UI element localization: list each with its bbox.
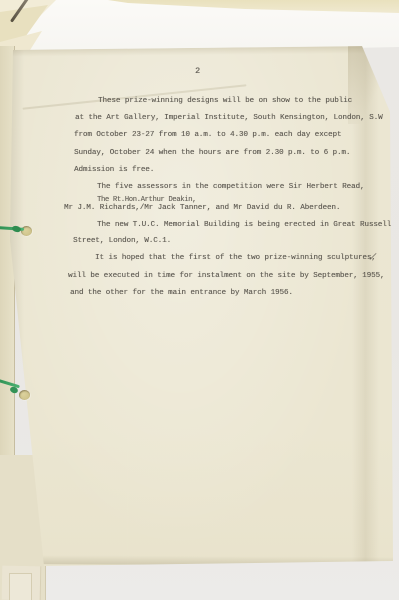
typed-line: These prize-winning designs will be on s… xyxy=(98,97,352,105)
typed-line: and the other for the main entrance by M… xyxy=(70,289,293,297)
typed-line: The new T.U.C. Memorial Building is bein… xyxy=(97,221,391,229)
typed-line: Sunday, October 24 when the hours are fr… xyxy=(74,149,350,157)
typed-line: Street, London, W.C.1. xyxy=(73,237,171,245)
scanned-document-photo: 2 These prize-winning designs will be on… xyxy=(0,0,399,600)
document-page xyxy=(0,0,399,600)
page-right-crease xyxy=(352,46,382,566)
page-bottom-shadow xyxy=(40,555,394,566)
typed-line: Admission is free. xyxy=(74,166,154,174)
typed-line: from October 23-27 from 10 a.m. to 4.30 … xyxy=(74,131,341,139)
page-number: 2 xyxy=(195,66,200,76)
punched-hole-bottom xyxy=(19,390,30,400)
typed-line: It is hoped that the first of the two pr… xyxy=(95,254,376,262)
typed-insertion-line: The Rt.Hon.Arthur Deakin, xyxy=(97,196,196,204)
typed-line: at the Art Gallery, Imperial Institute, … xyxy=(75,114,383,122)
bottom-left-page-corner-edge xyxy=(9,573,32,600)
typed-line: will be executed in time for instalment … xyxy=(68,272,384,280)
typed-line: The five assessors in the competition we… xyxy=(97,183,364,191)
typed-line: Mr J.M. Richards,/Mr Jack Tanner, and Mr… xyxy=(64,204,340,212)
